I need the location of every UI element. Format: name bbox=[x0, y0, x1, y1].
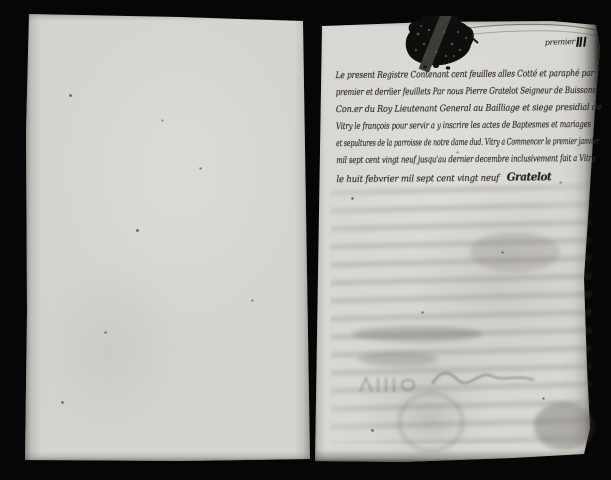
left-page-blank bbox=[20, 12, 312, 462]
bleed-smudge bbox=[358, 352, 438, 366]
folio-annotation: premier bbox=[545, 36, 606, 58]
bleed-round-stamp-ghost bbox=[398, 392, 464, 452]
inscription-line: Vitry le françois pour servir a y inscri… bbox=[336, 117, 532, 136]
paper-specks bbox=[0, 0, 1, 1]
inscription-line: premier et dernier feuillets Par nous Pi… bbox=[336, 83, 539, 102]
bleed-smudge bbox=[352, 326, 482, 342]
opening-inscription: Le present Registre Contenant cent feuil… bbox=[335, 66, 590, 189]
bleed-smudge bbox=[534, 402, 594, 450]
bleed-signature-ghost bbox=[428, 362, 538, 396]
bleed-smudge bbox=[470, 232, 560, 272]
folio-annotation-text: premier bbox=[545, 37, 576, 47]
inscription-line: mil sept cent vingt neuf jusqu'au dernie… bbox=[336, 151, 532, 170]
inscription-line: et sepultures de la parroisse de notre d… bbox=[336, 135, 511, 154]
inscription-line: Con.er du Roy Lieutenant General au Bail… bbox=[336, 100, 565, 119]
inscription-line: Le present Registre Contenant cent feuil… bbox=[335, 66, 549, 85]
ink-stamp bbox=[396, 16, 482, 72]
register-scan: premier Le present Registre Contenant ce… bbox=[0, 0, 611, 480]
folio-tally-mark bbox=[583, 37, 586, 47]
